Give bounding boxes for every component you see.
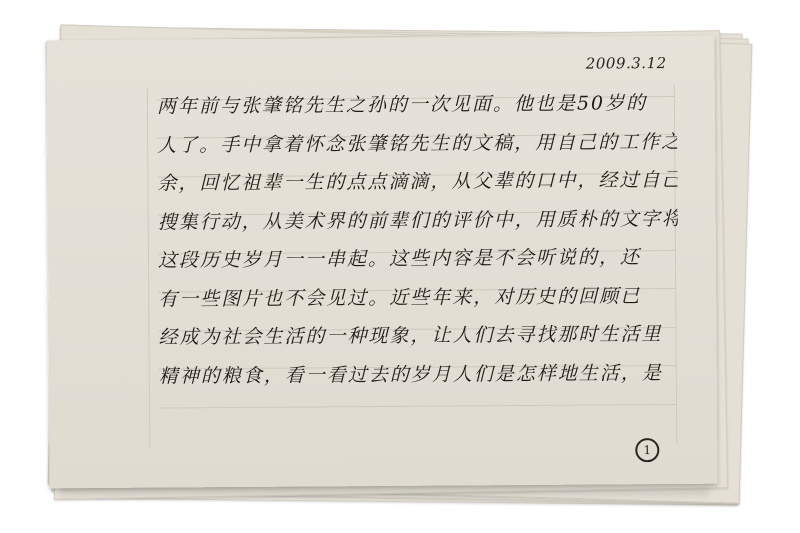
manuscript-page: 2009.3.12 两年前与张肇铭先生之孙的一次见面。他也是50岁的 人了。手中… <box>46 36 717 489</box>
handwritten-line: 人了。手中拿着怀念张肇铭先生的文稿，用自己的工作之 <box>157 122 677 164</box>
handwritten-text: 两年前与张肇铭先生之孙的一次见面。他也是50岁的 人了。手中拿着怀念张肇铭先生的… <box>157 84 679 396</box>
page-number-circle: 1 <box>635 438 659 462</box>
handwritten-line: 精神的粮食，看一看过去的岁月人们是怎样地生活，是 <box>159 353 679 395</box>
handwritten-line: 搜集行动，从美术界的前辈们的评价中，用质朴的文字将 <box>158 199 678 241</box>
handwritten-line: 有一些图片也不会见过。近些年来，对历史的回顾已 <box>158 276 678 318</box>
manuscript-date: 2009.3.12 <box>586 54 667 73</box>
handwritten-line: 余，回忆祖辈一生的点点滴滴，从父辈的口中，经过自己的 <box>157 161 677 203</box>
handwritten-line: 这段历史岁月一一串起。这些内容是不会听说的，还 <box>158 238 678 280</box>
handwritten-line: 两年前与张肇铭先生之孙的一次见面。他也是50岁的 <box>157 84 677 126</box>
rule-line <box>159 404 677 409</box>
margin-line-left <box>147 88 151 448</box>
handwritten-line: 经成为社会生活的一种现象，让人们去寻找那时生活里 <box>158 315 678 357</box>
